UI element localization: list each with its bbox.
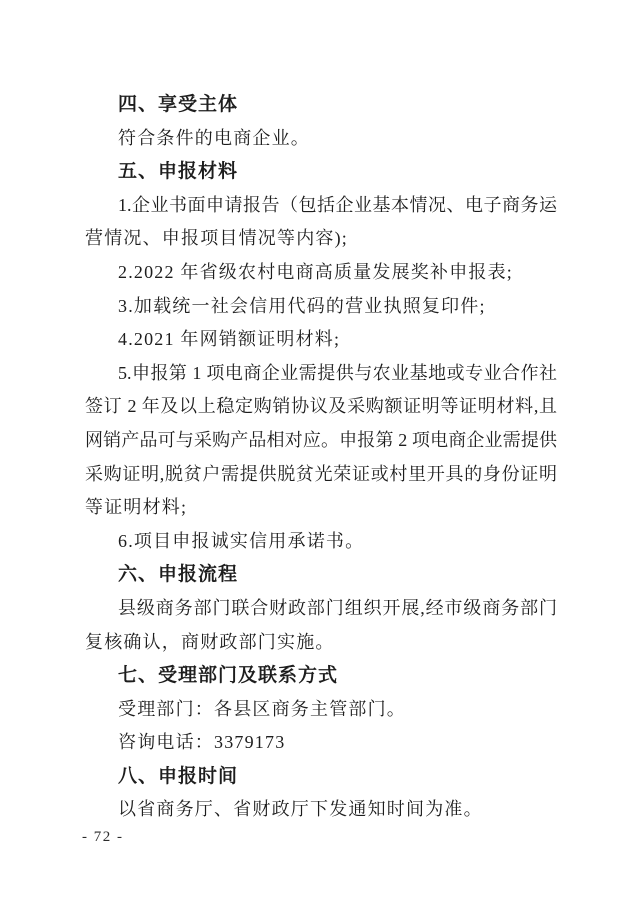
section-heading: 六、申报流程: [85, 558, 557, 592]
document-page: 四、享受主体 符合条件的电商企业。 五、申报材料 1.企业书面申请报告（包括企业…: [0, 0, 642, 907]
paragraph-line: 网销产品可与采购产品相对应。申报第 2 项电商企业需提供: [85, 424, 557, 458]
paragraph-line: 营情况、申报项目情况等内容);: [85, 222, 557, 256]
paragraph-line: 采购证明,脱贫户需提供脱贫光荣证或村里开具的身份证明: [85, 458, 557, 492]
paragraph-line: 复核确认，商财政部门实施。: [85, 626, 557, 660]
section-heading: 五、申报材料: [85, 155, 557, 189]
section-heading: 七、受理部门及联系方式: [85, 659, 557, 693]
paragraph-line: 3.加载统一社会信用代码的营业执照复印件;: [85, 290, 557, 324]
paragraph-line: 以省商务厅、省财政厅下发通知时间为准。: [85, 793, 557, 827]
paragraph-line: 受理部门：各县区商务主管部门。: [85, 693, 557, 727]
paragraph-line: 2.2022 年省级农村电商高质量发展奖补申报表;: [85, 256, 557, 290]
paragraph-line: 4.2021 年网销额证明材料;: [85, 323, 557, 357]
paragraph-line: 5.申报第 1 项电商企业需提供与农业基地或专业合作社: [85, 357, 557, 391]
paragraph-line: 1.企业书面申请报告（包括企业基本情况、电子商务运: [85, 189, 557, 223]
paragraph-line: 等证明材料;: [85, 491, 557, 525]
paragraph-line: 签订 2 年及以上稳定购销协议及采购额证明等证明材料,且: [85, 390, 557, 424]
paragraph-line: 县级商务部门联合财政部门组织开展,经市级商务部门: [85, 592, 557, 626]
page-number: - 72 -: [82, 829, 124, 846]
paragraph-line: 符合条件的电商企业。: [85, 122, 557, 156]
section-heading: 四、享受主体: [85, 88, 557, 122]
paragraph-line: 6.项目申报诚实信用承诺书。: [85, 525, 557, 559]
paragraph-line: 咨询电话：3379173: [85, 726, 557, 760]
section-heading: 八、申报时间: [85, 760, 557, 794]
document-body: 四、享受主体 符合条件的电商企业。 五、申报材料 1.企业书面申请报告（包括企业…: [85, 88, 557, 827]
